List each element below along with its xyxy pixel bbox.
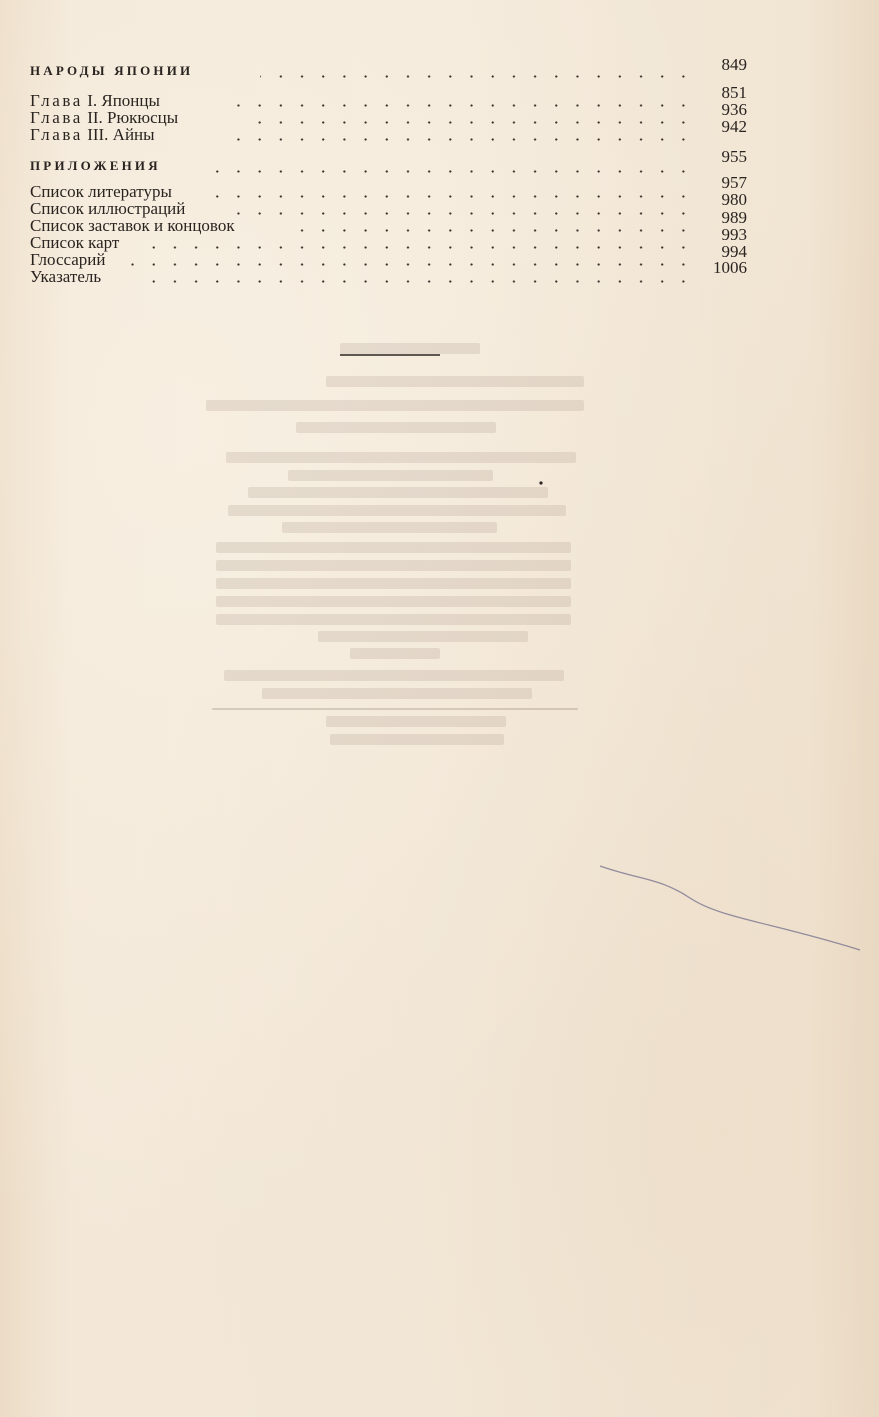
leader-dots (220, 104, 694, 107)
leader-dots (134, 280, 694, 283)
toc-entry[interactable]: Список карт (30, 234, 694, 252)
leader-dots (138, 246, 694, 249)
toc-entry[interactable]: Глоссарий (30, 251, 694, 269)
leader-dots (220, 138, 694, 141)
document-page: НАРОДЫ ЯПОНИИ 849 Глава I. Японцы 851 Гл… (0, 0, 879, 1417)
leader-dots (260, 75, 694, 78)
page-number: 955 (722, 148, 748, 166)
section-title: НАРОДЫ ЯПОНИИ (30, 62, 199, 80)
toc-section-peoples-of-japan[interactable]: НАРОДЫ ЯПОНИИ (30, 63, 694, 81)
toc-entry[interactable]: Список заставок и концовок (30, 217, 694, 235)
leader-dots (282, 229, 694, 232)
page-number: 980 (722, 191, 748, 209)
leader-dots (242, 121, 694, 124)
chapter-word: Глава (30, 125, 83, 144)
page-number: 849 (722, 56, 748, 74)
entry-title: III. Айны (87, 125, 154, 144)
leader-dots (118, 263, 694, 266)
leader-dots (216, 170, 694, 173)
entry-title: Указатель (30, 268, 107, 286)
leader-dots (220, 212, 694, 215)
toc-entry[interactable]: Глава III. Айны (30, 126, 694, 144)
toc-entry[interactable]: Указатель (30, 268, 694, 286)
toc-section-appendices[interactable]: ПРИЛОЖЕНИЯ (30, 158, 694, 176)
leader-dots (200, 195, 694, 198)
page-number: 1006 (713, 259, 747, 277)
section-title: ПРИЛОЖЕНИЯ (30, 157, 167, 175)
page-number: 942 (722, 118, 748, 136)
